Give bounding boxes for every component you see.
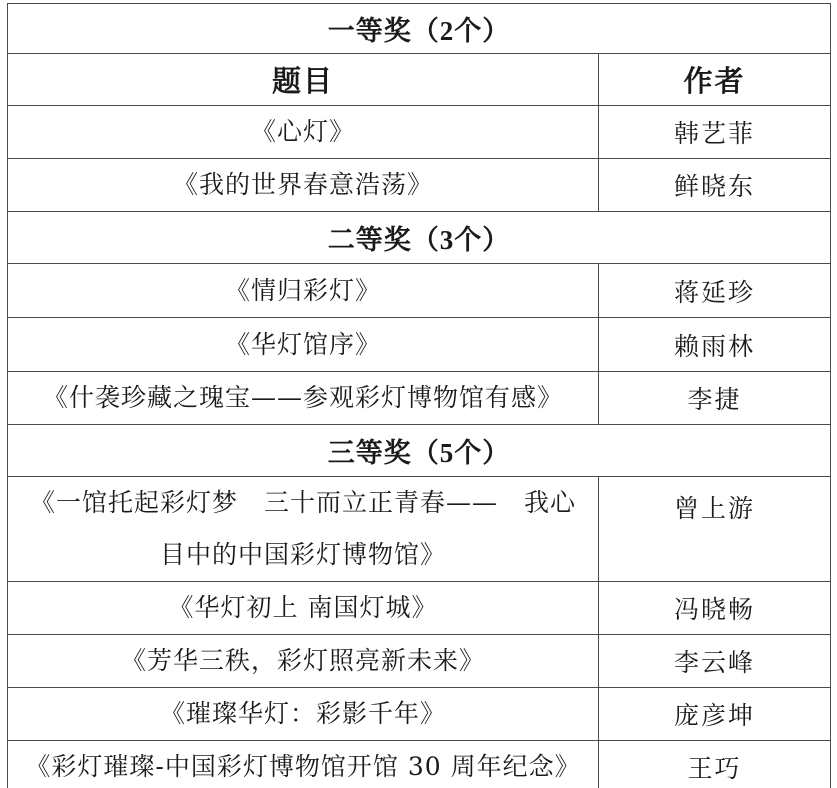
entry-title: 《什袭珍藏之瑰宝——参观彩灯博物馆有感》 (8, 372, 599, 425)
entry-author: 鲜晓东 (599, 159, 831, 212)
section-header-second-prize: 二等奖（3个） (8, 212, 831, 264)
entry-title: 《情归彩灯》 (8, 264, 599, 318)
entry-author: 曾上游 (599, 477, 831, 582)
entry-author: 李云峰 (599, 635, 831, 688)
entry-title: 《我的世界春意浩荡》 (8, 159, 599, 212)
table-row: 《彩灯璀璨-中国彩灯博物馆开馆 30 周年纪念》 王巧 (8, 741, 831, 788)
column-header-author: 作者 (599, 54, 831, 106)
table-row: 《什袭珍藏之瑰宝——参观彩灯博物馆有感》 李捷 (8, 372, 831, 425)
entry-author: 赖雨林 (599, 318, 831, 372)
entry-title: 《芳华三秩，彩灯照亮新未来》 (8, 635, 599, 688)
column-header-row: 题目 作者 (8, 54, 831, 106)
table-row: 《心灯》 韩艺菲 (8, 106, 831, 159)
section-label: 三等奖（5个） (8, 425, 831, 477)
table-row: 《华灯馆序》 赖雨林 (8, 318, 831, 372)
entry-title: 《华灯馆序》 (8, 318, 599, 372)
table-row: 《芳华三秩，彩灯照亮新未来》 李云峰 (8, 635, 831, 688)
section-header-third-prize: 三等奖（5个） (8, 425, 831, 477)
entry-author: 蒋延珍 (599, 264, 831, 318)
section-label: 一等奖（2个） (8, 4, 831, 54)
table-row: 《情归彩灯》 蒋延珍 (8, 264, 831, 318)
entry-author: 王巧 (599, 741, 831, 788)
entry-author: 庞彦坤 (599, 688, 831, 741)
entry-title: 《一馆托起彩灯梦 三十而立正青春—— 我心目中的中国彩灯博物馆》 (8, 477, 599, 582)
section-header-first-prize: 一等奖（2个） (8, 4, 831, 54)
entry-author: 冯晓畅 (599, 582, 831, 635)
table-row: 《璀璨华灯：彩影千年》 庞彦坤 (8, 688, 831, 741)
entry-title: 《心灯》 (8, 106, 599, 159)
entry-author: 韩艺菲 (599, 106, 831, 159)
table-row: 《我的世界春意浩荡》 鲜晓东 (8, 159, 831, 212)
entry-author: 李捷 (599, 372, 831, 425)
entry-title: 《璀璨华灯：彩影千年》 (8, 688, 599, 741)
entry-title: 《华灯初上 南国灯城》 (8, 582, 599, 635)
column-header-title: 题目 (8, 54, 599, 106)
table-row: 《华灯初上 南国灯城》 冯晓畅 (8, 582, 831, 635)
section-label: 二等奖（3个） (8, 212, 831, 264)
entry-title: 《彩灯璀璨-中国彩灯博物馆开馆 30 周年纪念》 (8, 741, 599, 788)
table-row: 《一馆托起彩灯梦 三十而立正青春—— 我心目中的中国彩灯博物馆》 曾上游 (8, 477, 831, 582)
awards-table: 一等奖（2个） 题目 作者 《心灯》 韩艺菲 《我的世界春意浩荡》 鲜晓东 二等… (7, 3, 831, 788)
